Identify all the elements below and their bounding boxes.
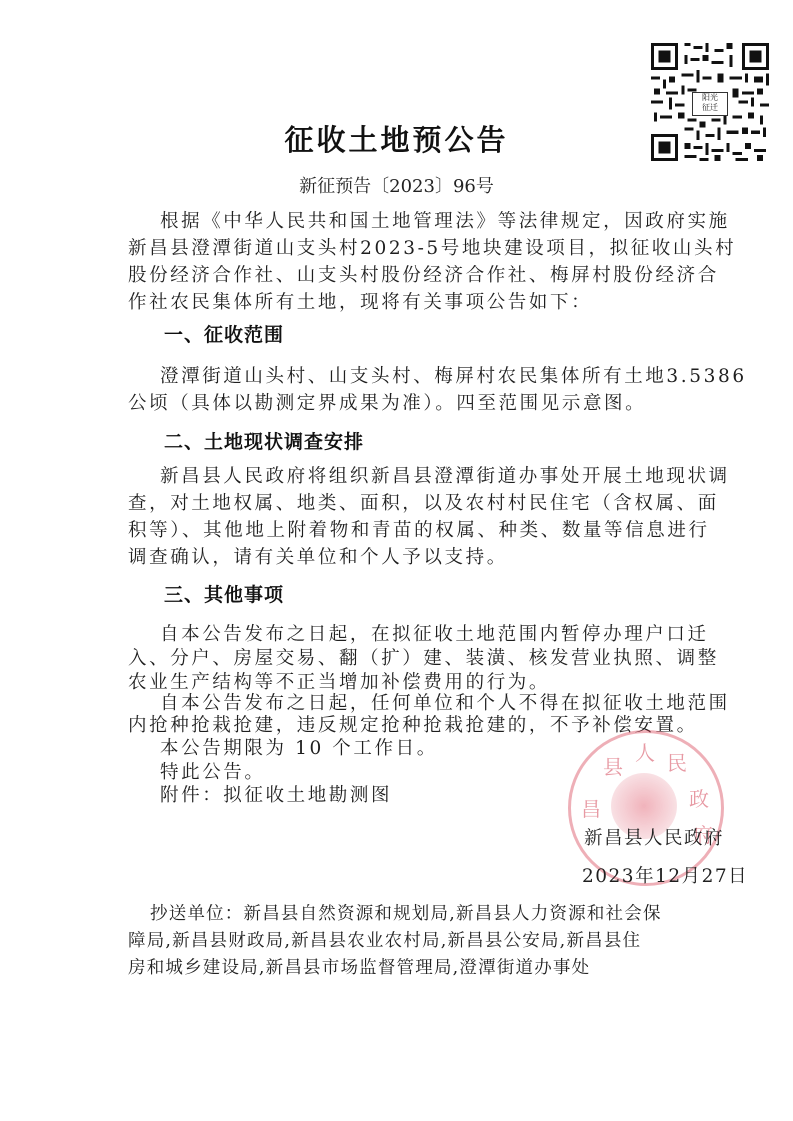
seal-char: 昌 <box>581 793 601 822</box>
text-line: 自本公告发布之日起，任何单位和个人不得在拟征收土地范围 <box>160 692 730 716</box>
section-heading: 二、土地现状调查安排 <box>164 427 364 454</box>
text-line: 查，对土地权属、地类、面积，以及农村村民住宅（含权属、面 <box>128 492 719 516</box>
text-line: 新昌县人民政府将组织新昌县澄潭街道办事处开展土地现状调 <box>160 465 730 489</box>
issue-date: 2023年12月27日 <box>582 862 748 888</box>
section-heading: 三、其他事项 <box>164 580 284 607</box>
attachment-line: 附件：拟征收土地勘测图 <box>160 784 392 808</box>
text-line: 积等）、其他地上附着物和青苗的权属、种类、数量等信息进行 <box>128 519 710 543</box>
seal-char: 县 <box>603 751 623 780</box>
text-line: 调查确认，请有关单位和个人予以支持。 <box>128 546 508 570</box>
text-line: 内抢种抢栽抢建，违反规定抢种抢栽抢建的，不予补偿安置。 <box>128 714 698 738</box>
cc-line: 障局,新昌县财政局,新昌县农业农村局,新昌县公安局,新昌县住 <box>128 929 641 953</box>
issuer-name: 新昌县人民政府 <box>584 824 724 850</box>
text-line: 新昌县澄潭街道山支头村2023-5号地块建设项目，拟征收山头村 <box>128 237 736 261</box>
section-heading: 一、征收范围 <box>164 320 284 347</box>
text-line: 股份经济合作社、山支头村股份经济合作社、梅屏村股份经济合 <box>128 264 719 288</box>
text-line: 公顷（具体以勘测定界成果为准）。四至范围见示意图。 <box>128 392 646 416</box>
text-line: 澄潭街道山头村、山支头村、梅屏村农民集体所有土地3.5386 <box>160 365 747 389</box>
cc-line: 房和城乡建设局,新昌县市场监督管理局,澄潭街道办事处 <box>128 956 590 980</box>
text-line: 特此公告。 <box>160 761 266 785</box>
document-number: 新征预告〔2023〕96号 <box>0 172 793 198</box>
cc-line: 抄送单位：新昌县自然资源和规划局,新昌县人力资源和社会保 <box>150 902 662 926</box>
text-line: 入、分户、房屋交易、翻（扩）建、装潢、核发营业执照、调整 <box>128 647 719 671</box>
text-line: 本公告期限为 10 个工作日。 <box>160 737 438 761</box>
text-line: 自本公告发布之日起，在拟征收土地范围内暂停办理户口迁 <box>160 623 709 647</box>
seal-char: 人 <box>635 737 655 766</box>
seal-char: 民 <box>667 747 687 776</box>
text-line: 作社农民集体所有土地，现将有关事项公告如下： <box>128 291 592 315</box>
page-title: 征收土地预公告 <box>0 118 793 159</box>
qr-center-label: 阳光 征迁 <box>692 92 728 116</box>
seal-char: 政 <box>689 783 709 812</box>
text-line: 根据《中华人民共和国土地管理法》等法律规定，因政府实施 <box>160 210 730 234</box>
